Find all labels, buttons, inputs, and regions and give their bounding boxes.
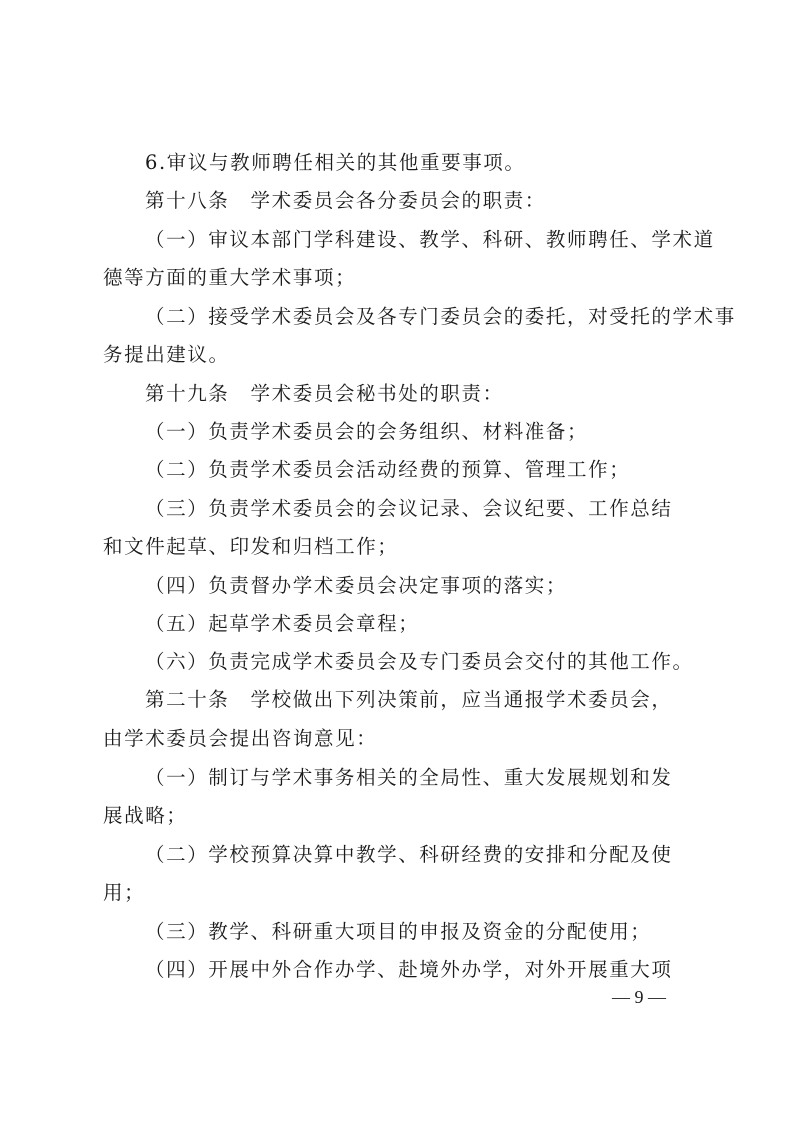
text-line-14: （六）负责完成学术委员会及专门委员会交付的其他工作。: [145, 650, 694, 674]
text-line-10: （三）负责学术委员会的会议记录、会议纪要、工作总结: [145, 497, 673, 521]
text-line-11: 和文件起草、印发和归档工作；: [103, 535, 398, 559]
text-line-1: 6.审议与教师聘任相关的其他重要事项。: [145, 151, 526, 175]
text-line-18: 展战略；: [103, 804, 187, 828]
text-line-22: （四）开展中外合作办学、赴境外办学，对外开展重大项: [145, 958, 673, 982]
article-18-heading: 第十八条 学术委员会各分委员会的职责：: [145, 189, 546, 213]
text-line-16: 由学术委员会提出咨询意见：: [103, 727, 377, 751]
text-line-21: （三）教学、科研重大项目的申报及资金的分配使用；: [145, 920, 651, 944]
text-line-13: （五）起草学术委员会章程；: [145, 612, 419, 636]
article-20-heading: 第二十条 学校做出下列决策前，应当通报学术委员会，: [145, 688, 673, 712]
text-line-6: 务提出建议。: [103, 343, 230, 367]
text-line-3: （一）审议本部门学科建设、教学、科研、教师聘任、学术道: [145, 228, 715, 252]
text-line-12: （四）负责督办学术委员会决定事项的落实；: [145, 574, 567, 598]
document-page: 6.审议与教师聘任相关的其他重要事项。 第十八条 学术委员会各分委员会的职责： …: [0, 0, 794, 1123]
text-line-4: 德等方面的重大学术事项；: [103, 266, 356, 290]
text-line-9: （二）负责学术委员会活动经费的预算、管理工作；: [145, 458, 630, 482]
text-line-5: （二）接受学术委员会及各专门委员会的委托，对受托的学术事: [145, 305, 736, 329]
text-line-8: （一）负责学术委员会的会务组织、材料准备；: [145, 420, 588, 444]
text-line-19: （二）学校预算决算中教学、科研经费的安排和分配及使: [145, 843, 673, 867]
page-number: — 9 —: [612, 986, 666, 1008]
article-19-heading: 第十九条 学术委员会秘书处的职责：: [145, 382, 504, 406]
text-line-20: 用；: [103, 881, 145, 905]
text-line-17: （一）制订与学术事务相关的全局性、重大发展规划和发: [145, 766, 673, 790]
